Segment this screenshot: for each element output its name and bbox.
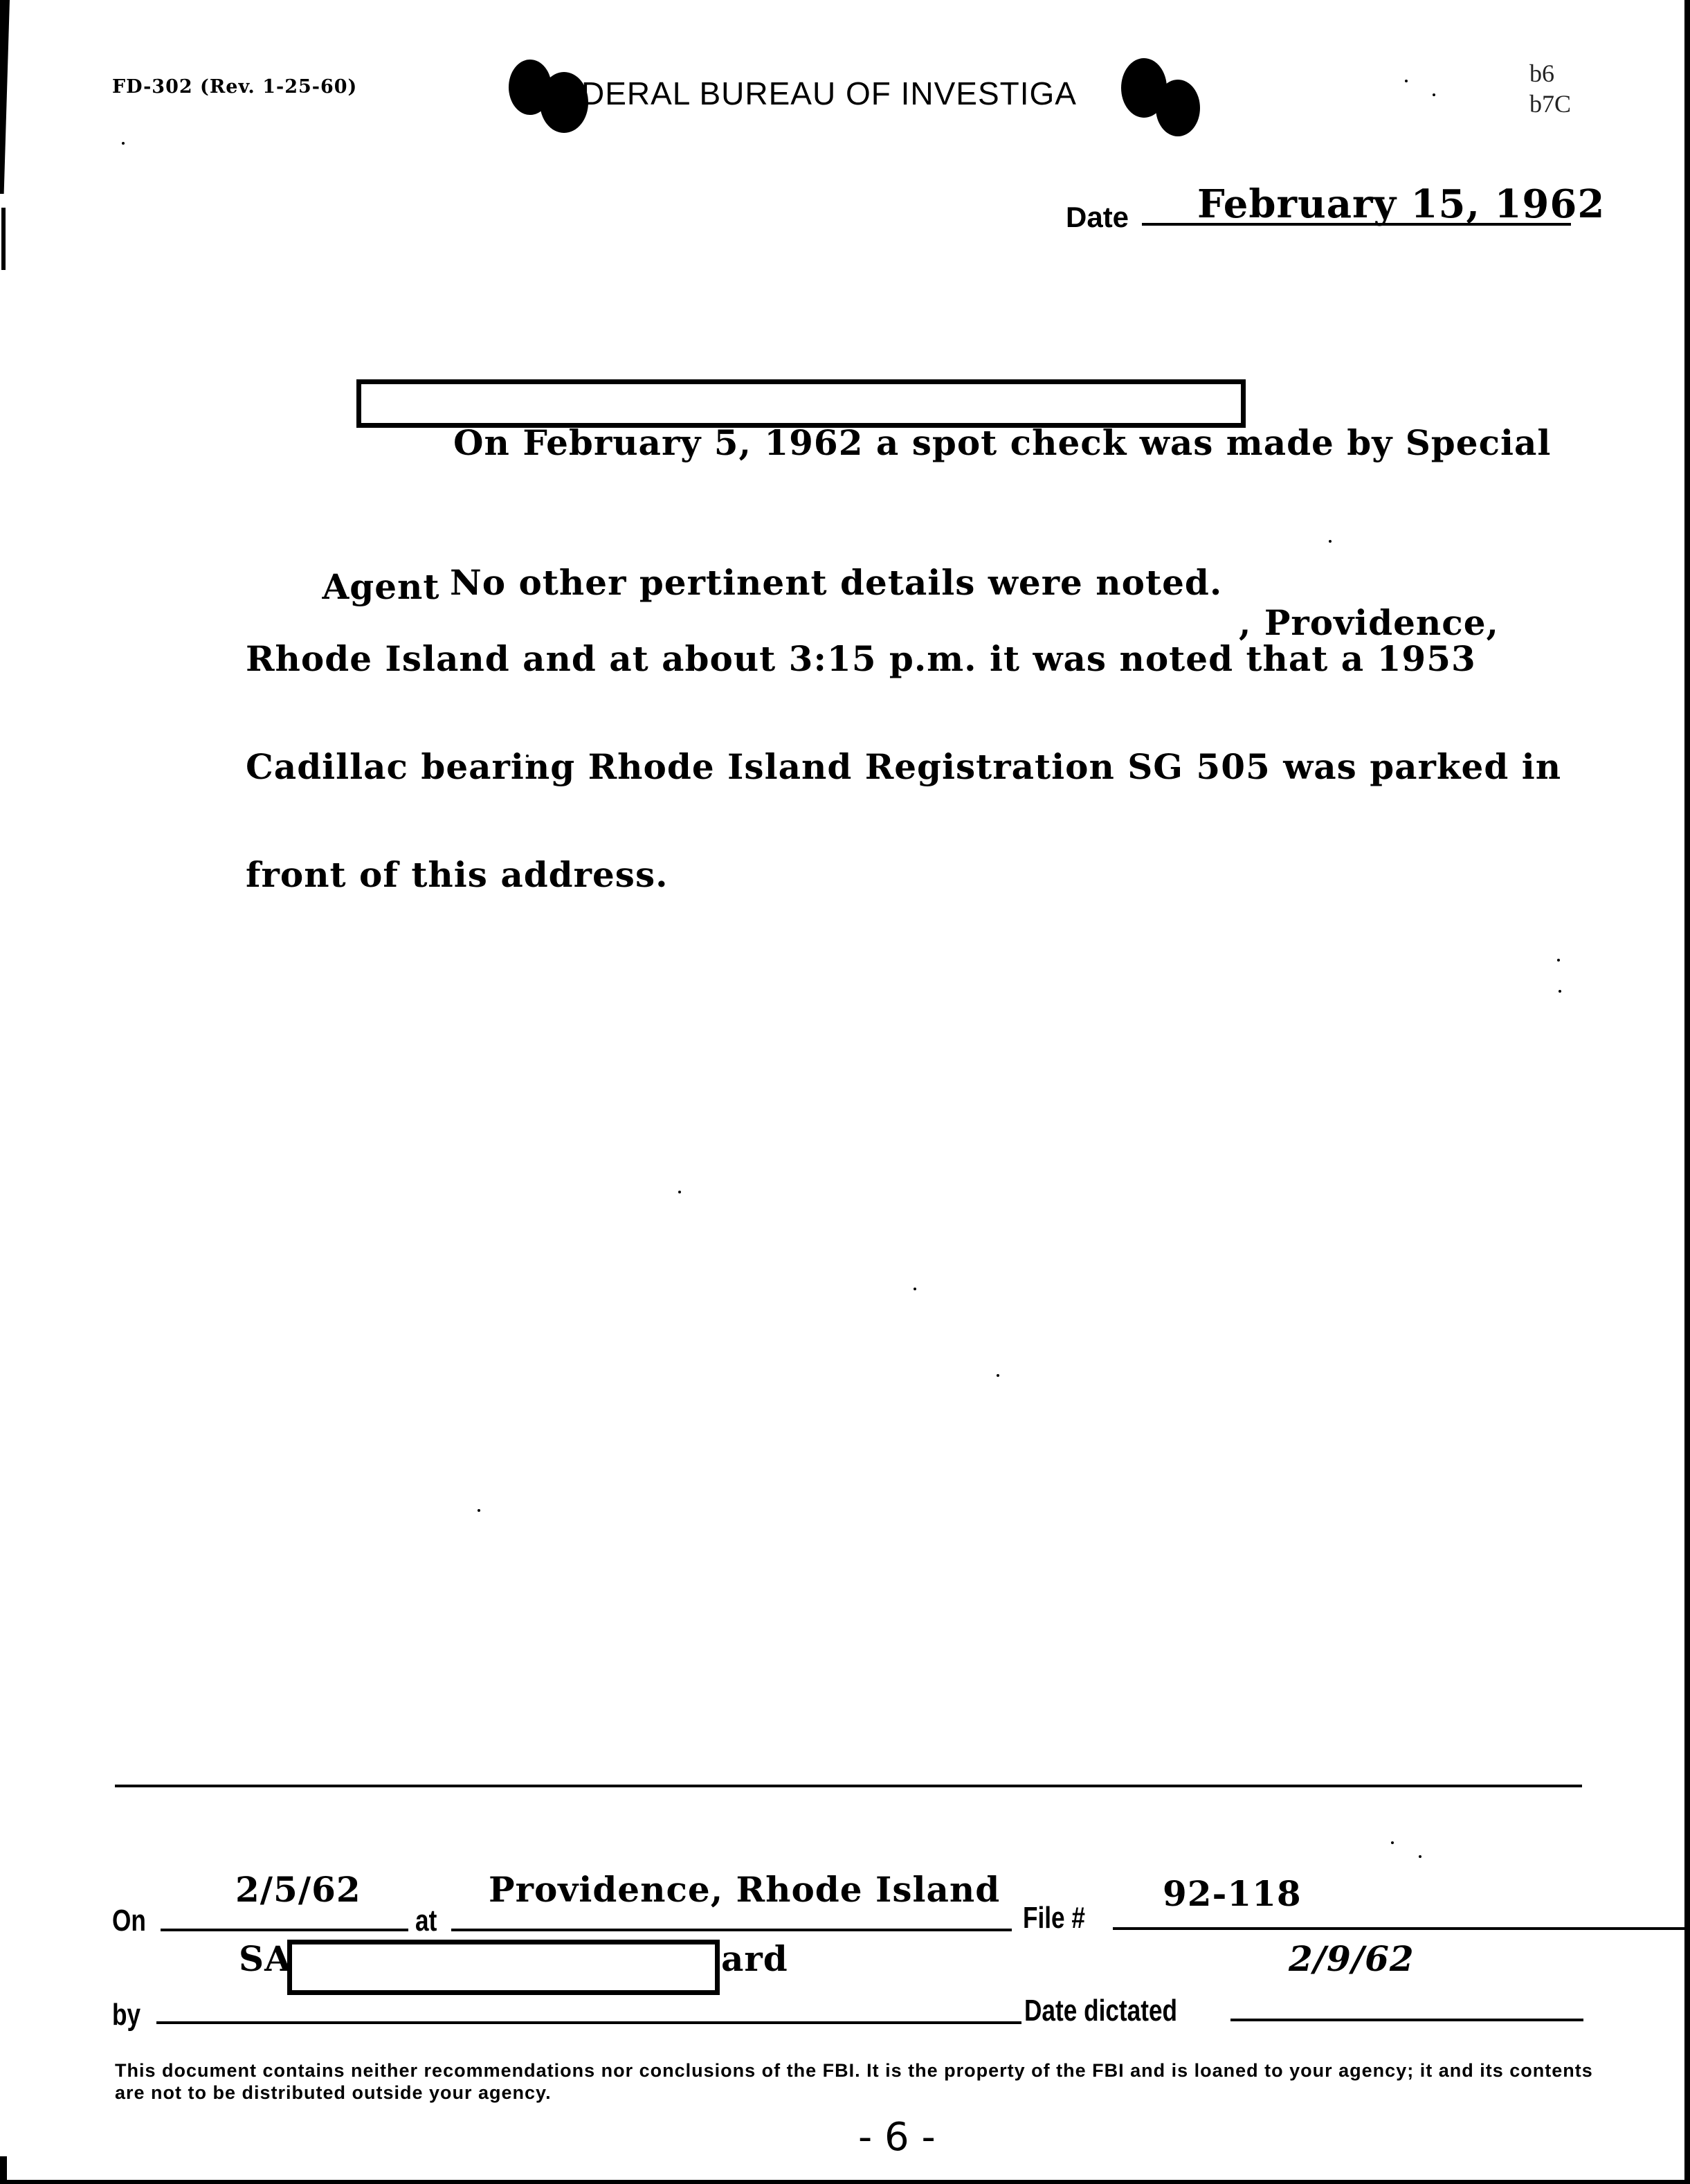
disclaimer: This document contains neither recommend…	[115, 2059, 1603, 2104]
date-dictated-underline	[1230, 2019, 1583, 2021]
date-dictated: 2/9/62	[1289, 1938, 1415, 1979]
document-page: FD-302 (Rev. 1-25-60) DERAL BUREAU OF IN…	[0, 0, 1690, 2184]
scan-speck	[1557, 959, 1560, 962]
scan-speck	[1419, 1855, 1421, 1858]
exemption-codes: b6 b7C	[1529, 58, 1571, 119]
exemption-code: b7C	[1529, 89, 1571, 119]
agent-prefix: SA	[239, 1938, 292, 1979]
scan-speck	[526, 755, 529, 757]
by-underline	[156, 2021, 1021, 2024]
scan-speck	[1433, 93, 1435, 96]
by-label: by	[112, 1998, 140, 2032]
at-label: at	[415, 1904, 437, 1938]
agent-suffix: ard	[721, 1938, 788, 1979]
scan-edge-left	[0, 0, 10, 194]
on-underline	[161, 1929, 408, 1931]
scan-speck	[1329, 540, 1332, 543]
redaction-box-agent-name	[356, 379, 1246, 428]
on-label: On	[112, 1904, 146, 1938]
file-number: 92-118	[1163, 1873, 1302, 1914]
file-underline	[1113, 1927, 1690, 1930]
date-label: Date	[1066, 201, 1129, 234]
scan-edge-bottom-left	[0, 2156, 7, 2184]
redaction-box-agent-signature	[287, 1940, 720, 1995]
punch-hole-icon	[1156, 80, 1200, 136]
exemption-code: b6	[1529, 58, 1571, 89]
body-line: Rhode Island and at about 3:15 p.m. it w…	[246, 641, 1602, 677]
form-id: FD-302 (Rev. 1-25-60)	[112, 76, 357, 98]
interview-date: 2/5/62	[235, 1869, 361, 1910]
scan-speck	[997, 1374, 999, 1377]
scan-edge-bottom	[0, 2180, 1690, 2184]
body-line: front of this address.	[246, 857, 1602, 893]
file-label: File #	[1023, 1901, 1085, 1935]
body-line-continued: , Providence,	[1239, 605, 1499, 641]
scan-speck	[1559, 990, 1561, 993]
scan-speck	[1391, 1841, 1394, 1844]
agency-header: DERAL BUREAU OF INVESTIGA	[581, 75, 1077, 112]
scan-speck	[678, 1191, 681, 1193]
scan-speck	[1208, 755, 1211, 757]
interview-location: Providence, Rhode Island	[489, 1869, 1000, 1910]
page-number: - 6 -	[858, 2115, 936, 2160]
closing-statement: No other pertinent details were noted.	[450, 562, 1222, 603]
scan-speck	[1405, 80, 1408, 82]
section-divider	[115, 1785, 1582, 1787]
report-body: On February 5, 1962 a spot check was mad…	[246, 353, 1602, 965]
scan-edge-left-mark	[1, 208, 6, 270]
scan-edge-right	[1684, 0, 1690, 2184]
scan-speck	[122, 142, 125, 145]
body-line: Cadillac bearing Rhode Island Registrati…	[246, 749, 1602, 785]
scan-speck	[478, 1509, 480, 1512]
report-date: February 15, 1962	[1197, 181, 1605, 227]
scan-speck	[914, 1288, 916, 1290]
date-dictated-label: Date dictated	[1024, 1994, 1177, 2028]
at-underline	[451, 1929, 1012, 1931]
body-line: On February 5, 1962 a spot check was mad…	[246, 425, 1602, 461]
